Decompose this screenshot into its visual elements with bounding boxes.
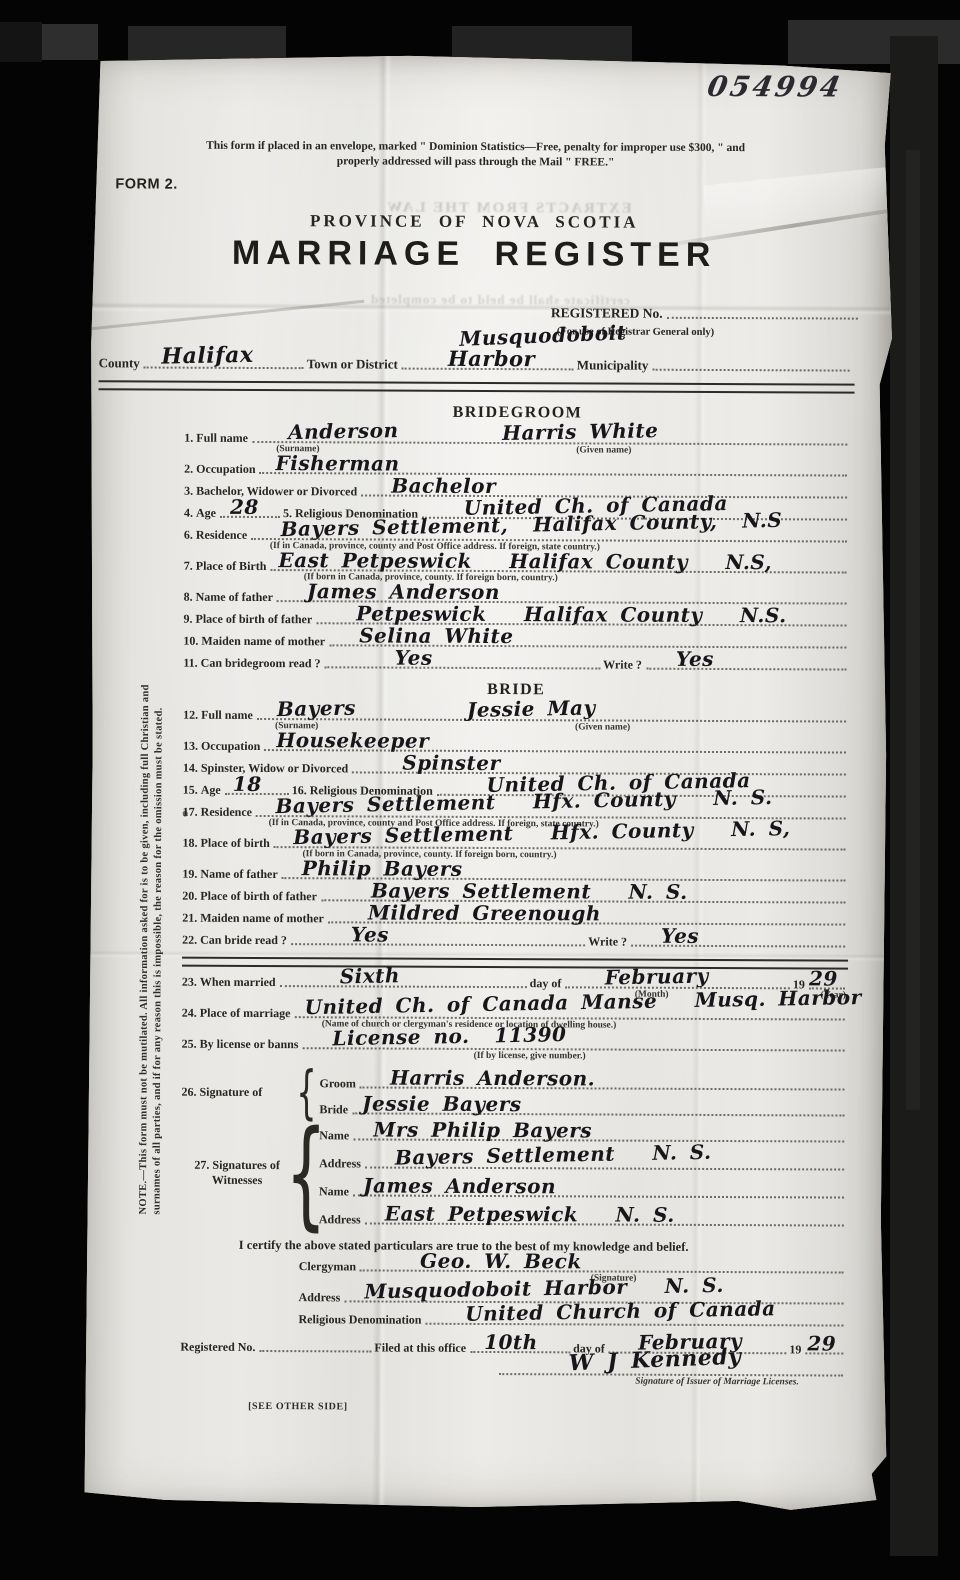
bride-given-name-value: Jessie May [466, 696, 595, 722]
field-number: 19. [182, 867, 197, 881]
bride-write-value: Yes [661, 924, 699, 948]
municipality-blank [652, 357, 849, 372]
field-number: 1. [184, 431, 193, 445]
field-groom-mother: 10.Maiden name of mother Selina White [183, 628, 849, 653]
bride-occupation-value: Housekeeper [276, 728, 429, 753]
field-label: Witnesses [181, 1173, 293, 1188]
county-label: County [99, 356, 140, 372]
filed-label: Filed at this office [374, 1341, 466, 1357]
brace-glyph: { [299, 1118, 314, 1228]
field-label: Place of Birth [196, 559, 267, 573]
field-number: 18. [183, 836, 198, 850]
province-heading: PROVINCE OF NOVA SCOTIA [85, 210, 863, 233]
clergyman-label: Clergyman [299, 1259, 356, 1275]
field-label: Occupation [196, 462, 255, 476]
field-number: 9. [184, 612, 193, 626]
wedding-month-value: February [605, 964, 709, 990]
groom-surname-value: Anderson [288, 418, 399, 444]
groom-age-value: 28 [230, 495, 259, 519]
field-label: Age [196, 506, 216, 520]
field-label: Age [201, 783, 221, 797]
couple-signature-block: 26. Signature of { Groom Harris Anderson… [181, 1066, 847, 1121]
field-label: Occupation [201, 739, 260, 753]
witness2-name-value: James Anderson [363, 1173, 556, 1198]
field-label: Can bridegroom read ? [201, 656, 321, 671]
bride-signature-row: Bride Jessie Bayers [319, 1092, 847, 1120]
bride-marital-status-value: Spinster [402, 751, 500, 775]
field-label: Can bride read ? [200, 933, 287, 947]
field-groom-literacy: 11.Can bridegroom read ? Yes Write ? Yes [183, 650, 849, 675]
field-number: 17. [183, 805, 198, 819]
witness-signature-block: 27. Signatures of Witnesses { Name Mrs P… [181, 1118, 847, 1231]
field-groom-occupation: 2.Occupation Fisherman [184, 456, 850, 481]
groom-signature-value: Harris Anderson. [390, 1066, 595, 1091]
groom-write-label: Write ? [603, 657, 642, 673]
film-edge-patch [42, 24, 98, 60]
registered-no-bottom-label: Registered No. [180, 1340, 255, 1356]
page-title: MARRIAGE REGISTER [85, 232, 863, 275]
field-number: 27. [194, 1158, 209, 1172]
field-number: 23. [182, 975, 197, 989]
filed-day-value: 10th [484, 1330, 538, 1354]
registered-no-blank [667, 305, 858, 320]
witness1-address-value: Bayers Settlement N. S. [394, 1140, 711, 1170]
groom-signature-label: Groom [319, 1076, 356, 1092]
groom-birthplace-value: East Petpeswick Halifax County N.S, [278, 548, 772, 574]
witness2-address-row: Address East Petpeswick N. S. [319, 1202, 847, 1230]
field-number: 11. [183, 656, 197, 670]
register-page: EXTRACTS FROM THE LAW certificate shall … [80, 52, 894, 1512]
scanned-marriage-register: { "colors": { "background": "#040404", "… [0, 0, 960, 1580]
clergyman-signature-value: Geo. W. Beck [420, 1249, 582, 1274]
field-label: Place of birth of father [200, 889, 317, 904]
clergyman-denomination-value: United Church of Canada [465, 1296, 776, 1326]
field-label: Maiden name of mother [200, 911, 324, 926]
given-name-sublabel: (Given name) [575, 723, 630, 732]
field-number: 3. [184, 484, 193, 498]
bride-father-value: Philip Bayers [302, 856, 463, 881]
field-number: 8. [184, 590, 193, 604]
field-groom-father-birthplace: 9.Place of birth of father Petpeswick Ha… [183, 606, 849, 631]
field-label: Place of marriage [200, 1006, 291, 1020]
margin-note-line2: surnames of all parties, and if for any … [150, 553, 166, 1215]
bride-age-value: 18 [233, 772, 262, 796]
witness2-name-row: Name James Anderson [319, 1174, 847, 1202]
mail-instruction-note: This form if placed in an envelope, mark… [169, 139, 781, 172]
field-number: 13. [183, 739, 198, 753]
municipality-label: Municipality [577, 358, 649, 374]
field-bride-literacy: 22.Can bride read ? Yes Write ? Yes [182, 927, 848, 952]
section-divider [99, 380, 855, 393]
bride-read-value: Yes [351, 922, 389, 946]
address-label: Address [299, 1290, 341, 1306]
groom-write-value: Yes [676, 647, 714, 671]
field-number: 4. [184, 506, 193, 520]
license-number-value: License no. 11390 [332, 1022, 566, 1050]
groom-read-value: Yes [395, 646, 433, 670]
film-edge-patch [0, 22, 42, 62]
field-number: 12. [183, 708, 198, 722]
groom-occupation-value: Fisherman [276, 451, 400, 476]
form-number-label: FORM 2. [115, 176, 177, 192]
field-label: Signature of [199, 1084, 262, 1098]
county-line: County Halifax Town or District Musquodo… [99, 346, 853, 375]
field-label: Name of father [200, 867, 277, 881]
year-prefix: 19 [789, 1342, 801, 1358]
groom-marital-status-value: Bachelor [391, 474, 496, 498]
field-label: Place of birth of father [196, 612, 313, 627]
bride-write-label: Write ? [588, 934, 627, 950]
field-number: 10. [183, 634, 198, 648]
field-label: Spinster, Widow or Divorced [201, 761, 348, 776]
field-number: 22. [182, 933, 197, 947]
section-divider [182, 957, 848, 970]
field-label: Name of father [196, 590, 273, 604]
field-label: Residence [196, 528, 247, 542]
field-number: 6. [184, 528, 193, 542]
filed-row: Registered No. Filed at this office 10th… [180, 1334, 846, 1359]
groom-signature-row: Groom Harris Anderson. [319, 1066, 847, 1094]
field-number: 15. [183, 783, 198, 797]
bride-surname-value: Bayers [276, 696, 355, 721]
field-number: 24. [182, 1006, 197, 1020]
witness1-address-row: Address Bayers Settlement N. S. [319, 1146, 847, 1174]
witness1-name-value: Mrs Philip Bayers [373, 1118, 592, 1143]
field-label: Full name [201, 708, 253, 722]
mail-note-line2: properly addressed will pass through the… [337, 155, 615, 168]
margin-note: NOTE.—This form must not be mutilated. A… [137, 552, 167, 1214]
field-number: 20. [182, 889, 197, 903]
field-label: Residence [201, 805, 252, 819]
field-number: 2. [184, 462, 193, 476]
town-value-line2: Harbor [448, 346, 535, 371]
film-edge-patch [128, 26, 286, 60]
clergyman-denomination-row: Religious Denomination United Church of … [298, 1306, 846, 1330]
denomination-label: Religious Denomination [298, 1312, 421, 1329]
issuer-sublabel: Signature of Issuer of Marriage Licenses… [635, 1378, 799, 1388]
witness2-address-value: East Petpeswick N. S. [385, 1202, 675, 1227]
groom-father-value: James Anderson [307, 579, 500, 604]
town-district-label: Town or District [307, 357, 398, 373]
field-bride-occupation: 13.Occupation Housekeeper [183, 733, 849, 758]
given-name-sublabel: (Given name) [576, 446, 631, 455]
field-label: Full name [196, 431, 248, 445]
bride-signature-value: Jessie Bayers [362, 1091, 522, 1116]
field-label: Place of birth [201, 836, 270, 850]
field-number: 7. [184, 559, 193, 573]
clergyman-row: Clergyman Geo. W. Beck [299, 1253, 847, 1277]
film-edge-patch [452, 26, 632, 62]
issuer-signature-value: W J Kennedy [568, 1344, 742, 1377]
field-number: 14. [183, 761, 198, 775]
license-sublabel: (If by license, give number.) [474, 1052, 586, 1061]
county-value: Halifax [161, 342, 254, 370]
groom-mother-value: Selina White [359, 623, 513, 648]
field-number: 21. [182, 911, 197, 925]
field-number: 25. [182, 1037, 197, 1051]
field-number: 26. [181, 1084, 196, 1098]
field-bride-mother: 21.Maiden name of mother Mildred Greenou… [182, 905, 848, 930]
field-label: Bachelor, Widower or Divorced [196, 484, 357, 499]
field-label: When married [200, 975, 276, 989]
see-other-side-note: [SEE OTHER SIDE] [248, 1401, 846, 1415]
filed-year-value: 29 [807, 1331, 836, 1355]
book-spine-highlight [906, 150, 920, 1110]
wedding-day-value: Sixth [339, 963, 400, 988]
field-label: By license or banns [200, 1037, 299, 1051]
groom-given-name-value: Harris White [502, 418, 659, 445]
field-label: Signatures of [212, 1158, 280, 1172]
mail-note-line1: This form if placed in an envelope, mark… [206, 140, 745, 154]
field-label: Maiden name of mother [201, 634, 325, 649]
film-frame-number: 054994 [705, 70, 846, 104]
registered-no-bottom-blank [259, 1338, 371, 1352]
form-body: BRIDEGROOM 1.Full name Anderson Harris W… [180, 401, 850, 1415]
bride-mother-value: Mildred Greenough [368, 900, 601, 925]
